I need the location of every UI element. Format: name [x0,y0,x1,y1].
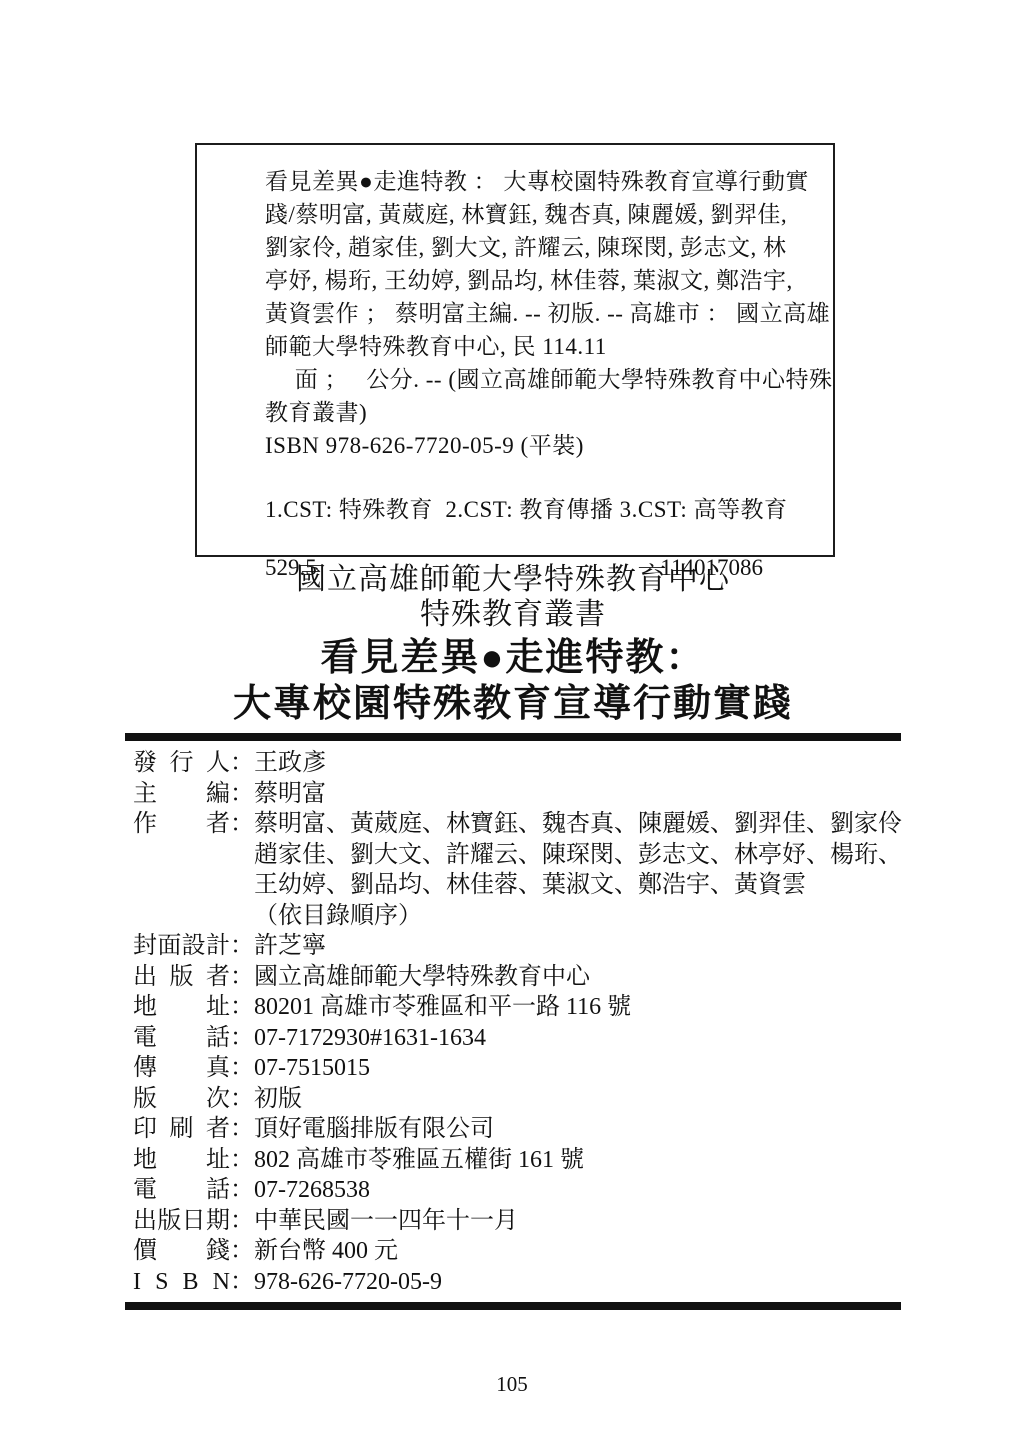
cip-line: 面 ； 公分. -- (國立高雄師範大學特殊教育中心特殊 [265,363,815,396]
colophon-value: 07-7268538 [254,1175,370,1206]
colophon-separator: ： [230,1084,254,1115]
cip-line: 劉家伶, 趙家佳, 劉大文, 許耀云, 陳琛閔, 彭志文, 林 [265,231,815,264]
cip-line: 教育叢書) [265,396,815,429]
colophon-page: 看見差異●走進特教 ： 大專校園特殊教育宣導行動實踐/蔡明富, 黃葳庭, 林寶鈺… [0,0,1024,1444]
colophon-label: 電話 [133,1023,230,1054]
cip-description: 看見差異●走進特教 ： 大專校園特殊教育宣導行動實踐/蔡明富, 黃葳庭, 林寶鈺… [265,165,815,462]
colophon-label: 電話 [133,1175,230,1206]
colophon-row: 封面設計：許芝寧 [133,931,901,962]
colophon-row: 價錢：新台幣 400 元 [133,1236,901,1267]
colophon-value: 中華民國一一四年十一月 [254,1206,518,1237]
colophon-value: 頂好電腦排版有限公司 [254,1114,494,1145]
cip-line: 黃資雲作 ； 蔡明富主編. -- 初版. -- 高雄市 ： 國立高雄 [265,297,815,330]
colophon-label: 印刷者 [133,1114,230,1145]
content-block: 國立高雄師範大學特殊教育中心 特殊教育叢書 看見差異●走進特教： 大專校園特殊教… [125,557,901,1310]
colophon-value: 初版 [254,1084,302,1115]
cip-line: ISBN 978-626-7720-05-9 (平裝) [265,429,815,462]
colophon-value: 許芝寧 [254,931,326,962]
colophon-label: 發行人 [133,748,230,779]
colophon-separator: ： [230,1175,254,1206]
colophon-label: 地址 [133,992,230,1023]
colophon-value: 王政彥 [254,748,326,779]
colophon-label: 出版者 [133,962,230,993]
publisher-organization-title: 國立高雄師範大學特殊教育中心 [125,562,901,597]
double-rule-top [125,733,901,741]
colophon-separator: ： [230,1236,254,1267]
colophon-row: 電話：07-7268538 [133,1175,901,1206]
colophon-value: 國立高雄師範大學特殊教育中心 [254,962,590,993]
colophon-label: 作者 [133,809,230,840]
colophon-label: 地址 [133,1145,230,1176]
colophon-value: 978-626-7720-05-9 [254,1267,442,1298]
colophon-list: 發行人：王政彥主編：蔡明富作者：蔡明富、黃葳庭、林寶鈺、魏杏真、陳麗媛、劉羿佳、… [125,741,901,1299]
colophon-row: 電話：07-7172930#1631-1634 [133,1023,901,1054]
cip-box: 看見差異●走進特教 ： 大專校園特殊教育宣導行動實踐/蔡明富, 黃葳庭, 林寶鈺… [195,143,835,557]
cip-line: 踐/蔡明富, 黃葳庭, 林寶鈺, 魏杏真, 陳麗媛, 劉羿佳, [265,198,815,231]
colophon-row: 主編：蔡明富 [133,779,901,810]
colophon-separator: ： [230,809,254,840]
colophon-separator: ： [230,1053,254,1084]
colophon-row: ISBN：978-626-7720-05-9 [133,1267,901,1298]
double-rule-bottom [125,1302,901,1310]
series-title: 特殊教育叢書 [125,597,901,632]
colophon-value: 07-7515015 [254,1053,370,1084]
cip-line: 看見差異●走進特教 ： 大專校園特殊教育宣導行動實 [265,165,815,198]
colophon-row: 發行人：王政彥 [133,748,901,779]
colophon-row: 作者：蔡明富、黃葳庭、林寶鈺、魏杏真、陳麗媛、劉羿佳、劉家伶趙家佳、劉大文、許耀… [133,809,901,931]
colophon-value: 802 高雄市苓雅區五權街 161 號 [254,1145,584,1176]
colophon-separator: ： [230,1145,254,1176]
colophon-separator: ： [230,748,254,779]
book-title-line2: 大專校園特殊教育宣導行動實踐 [125,681,901,727]
colophon-row: 版次：初版 [133,1084,901,1115]
colophon-row: 出版者：國立高雄師範大學特殊教育中心 [133,962,901,993]
colophon-label: 價錢 [133,1236,230,1267]
colophon-row: 傳真：07-7515015 [133,1053,901,1084]
colophon-value: 蔡明富、黃葳庭、林寶鈺、魏杏真、陳麗媛、劉羿佳、劉家伶趙家佳、劉大文、許耀云、陳… [254,809,902,931]
colophon-row: 印刷者：頂好電腦排版有限公司 [133,1114,901,1145]
colophon-separator: ： [230,962,254,993]
cip-line: 亭妤, 楊珩, 王幼婷, 劉品均, 林佳蓉, 葉淑文, 鄭浩宇, [265,264,815,297]
cip-subject-headings: 1.CST: 特殊教育 2.CST: 教育傳播 3.CST: 高等教育 [265,493,815,526]
colophon-value: 80201 高雄市苓雅區和平一路 116 號 [254,992,631,1023]
colophon-value: 新台幣 400 元 [254,1236,398,1267]
colophon-value: 蔡明富 [254,779,326,810]
colophon-row: 地址：802 高雄市苓雅區五權街 161 號 [133,1145,901,1176]
colophon-separator: ： [230,1114,254,1145]
colophon-row: 出版日期：中華民國一一四年十一月 [133,1206,901,1237]
colophon-separator: ： [230,1023,254,1054]
colophon-label: 主編 [133,779,230,810]
colophon-separator: ： [230,1206,254,1237]
page-number: 105 [0,1372,1024,1397]
colophon-value: 07-7172930#1631-1634 [254,1023,486,1054]
colophon-separator: ： [230,931,254,962]
colophon-label: 封面設計 [133,931,230,962]
colophon-separator: ： [230,1267,254,1298]
colophon-row: 地址：80201 高雄市苓雅區和平一路 116 號 [133,992,901,1023]
colophon-label: ISBN [133,1267,230,1298]
cip-line: 師範大學特殊教育中心, 民 114.11 [265,330,815,363]
book-title-line1: 看見差異●走進特教： [125,635,901,681]
colophon-separator: ： [230,779,254,810]
colophon-label: 出版日期 [133,1206,230,1237]
colophon-label: 版次 [133,1084,230,1115]
colophon-separator: ： [230,992,254,1023]
colophon-label: 傳真 [133,1053,230,1084]
